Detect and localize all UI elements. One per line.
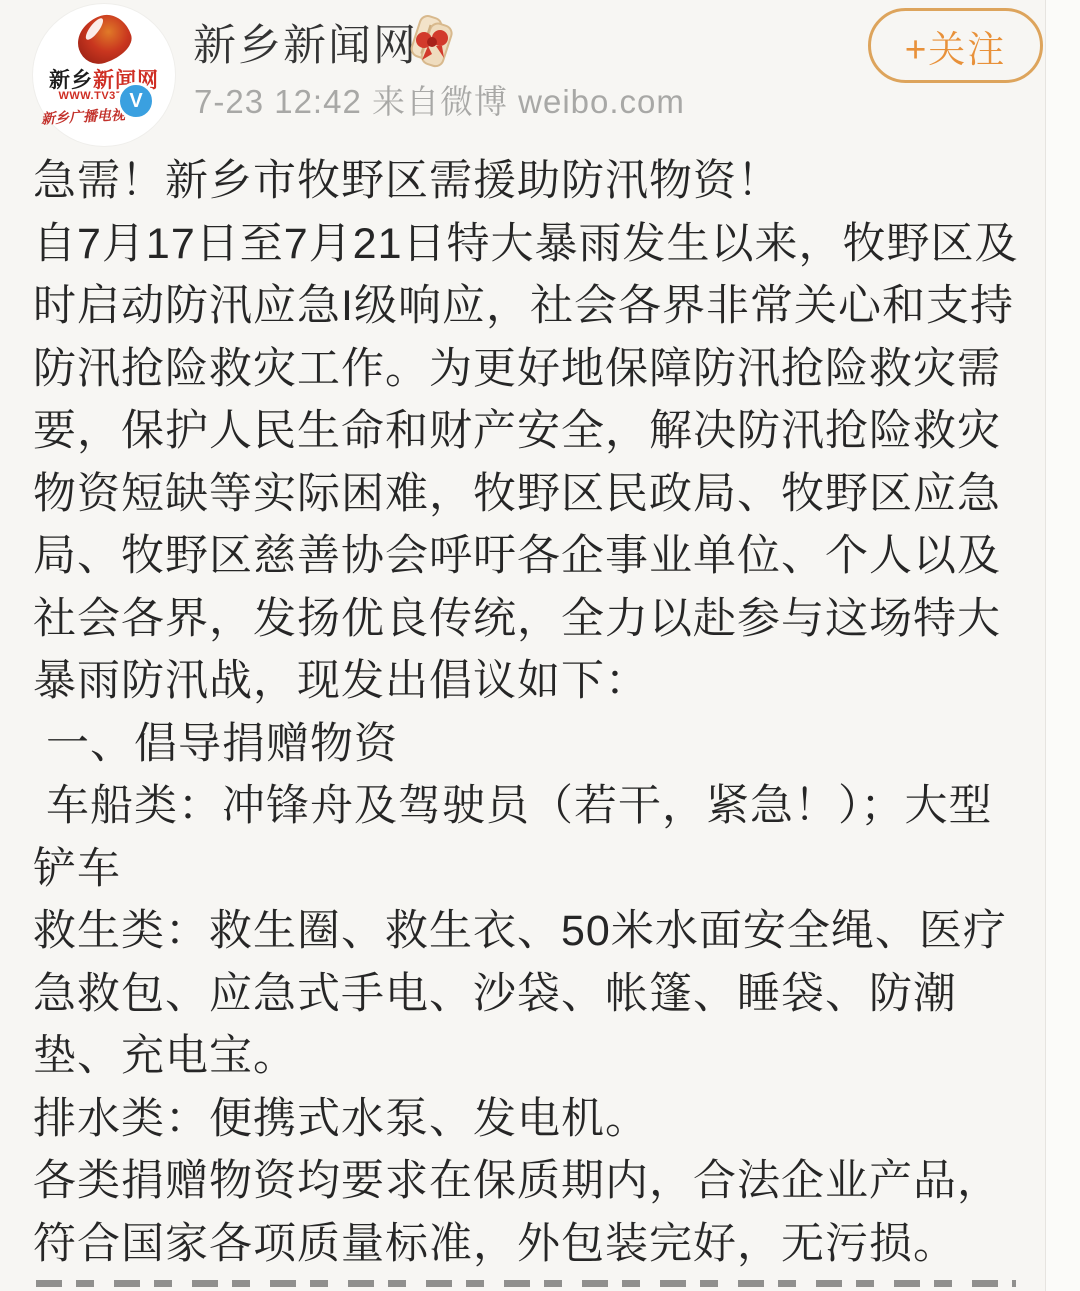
post-line: 急需！新乡市牧野区需援助防汛物资！ [33, 150, 1047, 213]
post-line: 时启动防汛应急I级响应，社会各界非常关心和支持 [33, 275, 1047, 338]
post-line: 物资短缺等实际困难，牧野区民政局、牧野区应急 [33, 463, 1047, 526]
avatar-brand-black: 新乡 [49, 69, 93, 92]
post-line: 急救包、应急式手电、沙袋、帐篷、睡袋、防潮 [33, 963, 1047, 1026]
post-line: 救生类：救生圈、救生衣、50米水面安全绳、医疗 [33, 900, 1047, 963]
post-body: 急需！新乡市牧野区需援助防汛物资！ 自7月17日至7月21日特大暴雨发生以来，牧… [33, 150, 1047, 1275]
timestamp-source: 7-23 12:42 来自微博 weibo.com [194, 76, 685, 123]
card-edge-strip [1045, 0, 1080, 1291]
cutoff-text-line [36, 1280, 1016, 1287]
post-line: 符合国家各项质量标准，外包装完好，无污损。 [33, 1213, 1047, 1276]
post-line: 各类捐赠物资均要求在保质期内，合法企业产品， [33, 1150, 1047, 1213]
post-line: 一、倡导捐赠物资 [33, 713, 1047, 776]
username[interactable]: 新乡新闻网 [193, 12, 418, 73]
post-line: 局、牧野区慈善协会呼吁各企事业单位、个人以及 [33, 525, 1047, 588]
verified-badge-icon: V [117, 82, 155, 120]
post-line: 自7月17日至7月21日特大暴雨发生以来，牧野区及 [33, 213, 1047, 276]
post-line: 防汛抢险救灾工作。为更好地保障防汛抢险救灾需 [33, 338, 1047, 401]
scroll-ribbon-badge-icon [398, 12, 464, 74]
post-header: 新乡新闻网 WWW.TV373.CC 新乡广播电视 V 新乡新闻网 7-23 [0, 0, 1080, 145]
station-logo-gem-icon [71, 9, 137, 69]
post-line: 排水类：便携式水泵、发电机。 [33, 1088, 1047, 1151]
post-line: 要，保护人民生命和财产安全，解决防汛抢险救灾 [33, 400, 1047, 463]
post-line: 社会各界，发扬优良传统，全力以赴参与这场特大 [33, 588, 1047, 651]
post-line: 铲车 [33, 838, 1047, 901]
follow-button[interactable]: +关注 [868, 8, 1043, 83]
avatar[interactable]: 新乡新闻网 WWW.TV373.CC 新乡广播电视 V [33, 4, 175, 146]
post-line: 车船类：冲锋舟及驾驶员（若干，紧急！）；大型 [33, 775, 1047, 838]
weibo-post-card: 新乡新闻网 WWW.TV373.CC 新乡广播电视 V 新乡新闻网 7-23 [0, 0, 1080, 1291]
post-line: 垫、充电宝。 [33, 1025, 1047, 1088]
post-line: 暴雨防汛战，现发出倡议如下： [33, 650, 1047, 713]
